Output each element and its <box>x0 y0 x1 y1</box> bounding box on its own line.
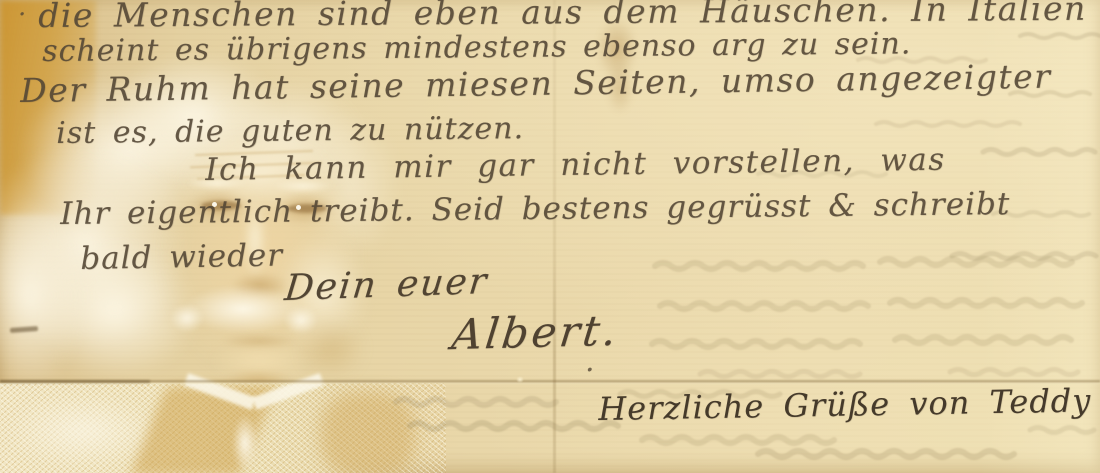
portrait-nose-shadow <box>231 272 289 300</box>
leading-dot-mark: . <box>18 0 26 22</box>
portrait-jaw-shadow <box>298 316 364 380</box>
stray-ink-dot: . <box>585 344 595 379</box>
portrait-mouth-shadow <box>222 334 296 350</box>
ink-smudge <box>10 326 38 333</box>
portrait-moustache <box>170 304 204 332</box>
valediction-scrawl: Dein euer <box>283 261 491 309</box>
portrait-moustache <box>284 306 318 334</box>
letter-line-7: bald wieder <box>80 237 283 277</box>
fold-nick <box>516 376 524 383</box>
portrait-sweater <box>0 383 446 473</box>
letter-photograph: die Menschen sind eben aus dem Häuschen.… <box>0 0 1100 473</box>
sweater-highlight <box>4 392 164 470</box>
horizontal-fold-crease <box>0 380 150 383</box>
sweater-fold-shadow <box>130 386 276 473</box>
sweater-vnotch <box>232 414 258 472</box>
sweater-fold-shadow <box>320 392 415 473</box>
signature-albert: Albert. <box>449 306 621 360</box>
letter-line-4: ist es, die guten zu nützen. <box>56 111 524 151</box>
letter-line-5: Ich kann mir gar nicht vorstellen, was <box>205 142 946 188</box>
letter-line-6: Ihr eigentlich treibt. Seid bestens gegr… <box>60 186 1010 232</box>
